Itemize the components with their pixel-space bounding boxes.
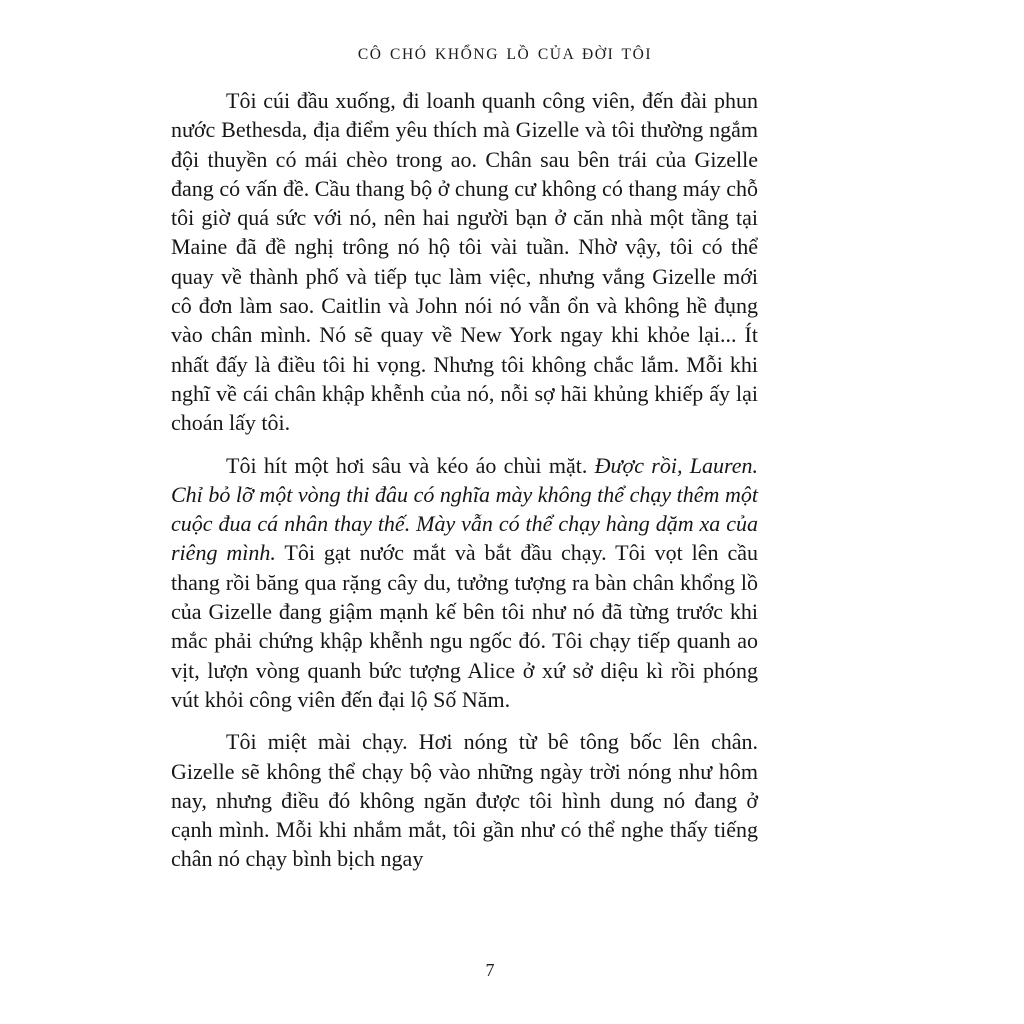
body-text: Tôi hít một hơi sâu và kéo áo chùi mặt. [226,453,595,478]
paragraph: Tôi cúi đầu xuống, đi loanh quanh công v… [171,86,758,438]
text-block: Tôi cúi đầu xuống, đi loanh quanh công v… [171,86,758,887]
body-text: Tôi cúi đầu xuống, đi loanh quanh công v… [171,88,758,435]
paragraph: Tôi hít một hơi sâu và kéo áo chùi mặt. … [171,451,758,715]
body-text: Tôi gạt nước mắt và bắt đầu chạy. Tôi vọ… [171,540,758,711]
body-text: Tôi miệt mài chạy. Hơi nóng từ bê tông b… [171,729,758,871]
book-page: CÔ CHÓ KHỔNG LỒ CỦA ĐỜI TÔI Tôi cúi đầu … [0,0,1024,1024]
running-header: CÔ CHÓ KHỔNG LỒ CỦA ĐỜI TÔI [0,46,1010,64]
page-number: 7 [0,960,980,981]
paragraph: Tôi miệt mài chạy. Hơi nóng từ bê tông b… [171,727,758,873]
